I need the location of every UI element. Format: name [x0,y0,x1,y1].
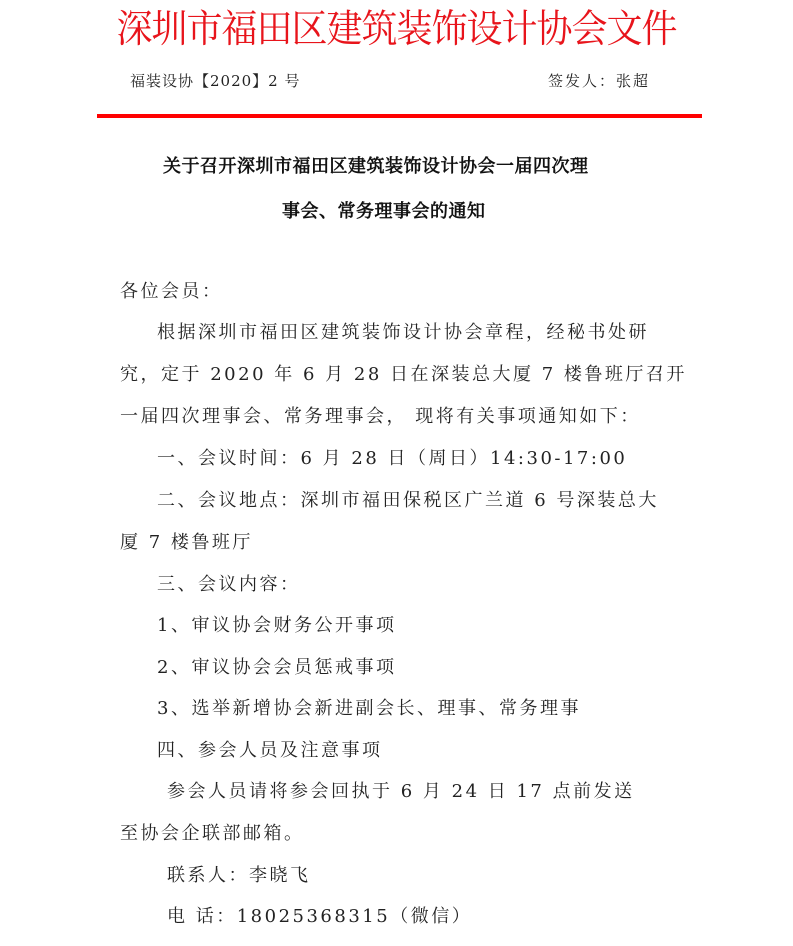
intro-line-3: 一届四次理事会、常务理事会， 现将有关事项通知如下： [120,405,641,429]
intro-line-1: 根据深圳市福田区建筑装饰设计协会章程，经秘书处研 [157,321,649,345]
attendance-text-line-1: 参会人员请将参会回执于 6 月 24 日 17 点前发送 [167,780,635,804]
notice-title-line-2: 事会、常务理事会的通知 [282,197,486,223]
meeting-time: 一、会议时间：6 月 28 日（周日）14:30-17:00 [157,447,627,471]
document-number: 福装设协【2020】2 号 [130,70,301,91]
attendance-text-line-2: 至协会企联部邮箱。 [120,822,305,846]
content-item: 2、审议协会会员惩戒事项 [157,656,396,680]
meeting-location-line-2: 厦 7 楼鲁班厅 [120,531,253,555]
notice-title-line-1: 关于召开深圳市福田区建筑装饰设计协会一届四次理 [163,152,589,178]
meeting-location-line-1: 二、会议地点：深圳市福田保税区广兰道 6 号深装总大 [157,489,659,513]
red-divider [97,114,702,118]
contact-phone: 电 话：18025368315（微信） [167,905,472,929]
salutation: 各位会员： [120,280,223,304]
masthead-title: 深圳市福田区建筑装饰设计协会文件 [0,6,793,54]
document-page: 深圳市福田区建筑装饰设计协会文件 福装设协【2020】2 号 签发人：张超 关于… [0,0,793,946]
signer: 签发人：张超 [548,70,650,91]
content-item: 1、审议协会财务公开事项 [157,614,396,638]
content-item: 3、选举新增协会新进副会长、理事、常务理事 [157,697,581,721]
intro-line-2: 究，定于 2020 年 6 月 28 日在深装总大厦 7 楼鲁班厅召开 [120,363,687,387]
contact-person: 联系人：李晓飞 [167,864,311,888]
attendance-heading: 四、参会人员及注意事项 [157,739,383,763]
content-heading: 三、会议内容： [157,573,301,597]
